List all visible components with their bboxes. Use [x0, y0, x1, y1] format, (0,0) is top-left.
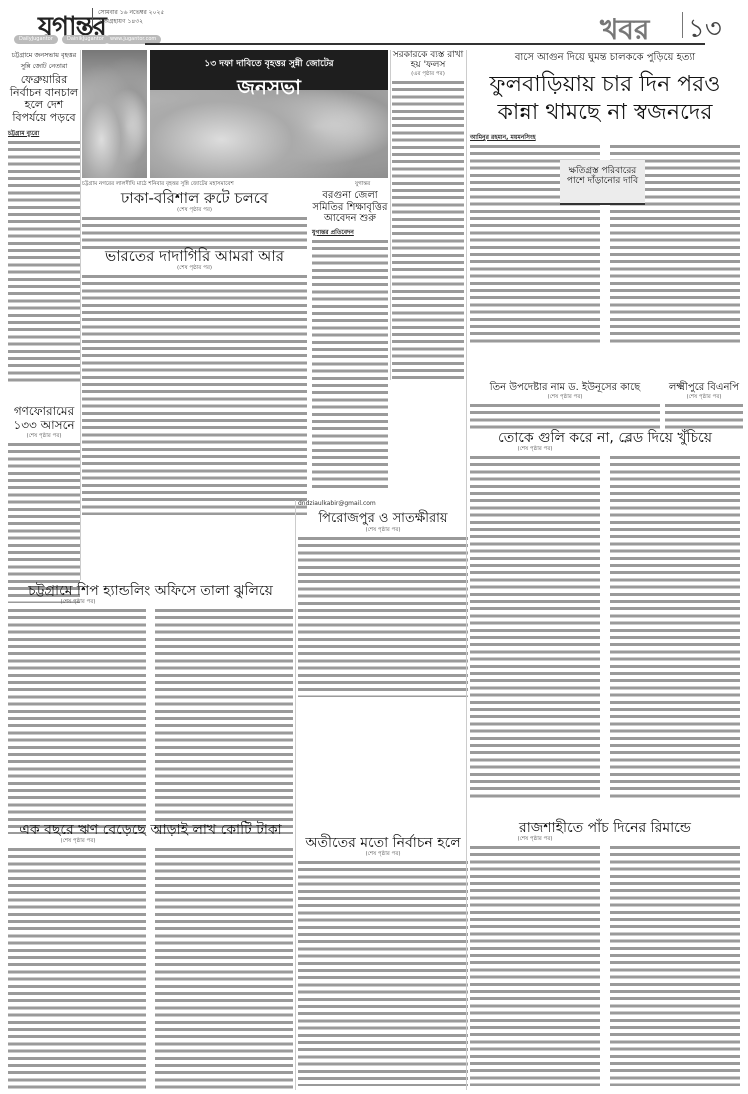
- article-body-col2: [155, 848, 293, 1093]
- article-kicker: বাসে আগুন দিয়ে ঘুমন্ত চালককে পুড়িয়ে হ…: [470, 50, 740, 67]
- article-lakshmipur: লক্ষ্মীপুরে বিএনপি (শেষ পৃষ্ঠার পর): [665, 382, 743, 432]
- continued-note: (শেষ পৃষ্ঠার পর): [470, 394, 660, 402]
- continued-note: (শেষ পৃষ্ঠার পর): [665, 394, 743, 402]
- article-body-col1: [8, 848, 146, 1093]
- date-gregorian: সোমবার ১৬ নভেম্বর ২০২৫: [98, 8, 164, 17]
- continued-note: (শেষ পৃষ্ঠার পর): [82, 265, 307, 273]
- article-body: [8, 141, 80, 386]
- article-dhaka-barishal: ঢাকা-বরিশাল রুটে চলবে (শেষ পৃষ্ঠার পর): [82, 190, 307, 252]
- masthead-divider: [92, 8, 93, 30]
- column-rule: [466, 50, 467, 1090]
- article-pirojpur: পিরোজপুর ও সাতক্ষীরায় (শেষ পৃষ্ঠার পর): [298, 512, 468, 697]
- article-body: [8, 443, 80, 603]
- article-body: [312, 240, 388, 490]
- column-rule: [80, 50, 81, 580]
- article-body: [665, 404, 743, 432]
- pull-quote-box: ক্ষতিগ্রস্ত পরিবারের পাশে দাঁড়ানোর দাবি: [560, 160, 645, 205]
- continued-note: (শেষ পৃষ্ঠার পর): [298, 527, 468, 535]
- continued-note: (শেষ পৃষ্ঠার পর): [298, 851, 468, 859]
- article-body-col2: [155, 609, 293, 834]
- article-past-election: অতীতের মতো নির্বাচন হলে (শেষ পৃষ্ঠার পর): [298, 835, 468, 1086]
- article-headline[interactable]: রাজশাহীতে পাঁচ দিনের রিমান্ডে: [470, 820, 740, 836]
- article-sunni-alliance: চট্টগ্রামে জনসভায় বৃহত্তর সুন্নি জোট নে…: [8, 50, 80, 386]
- article-body-col1: [470, 846, 600, 1086]
- article-body: [298, 861, 468, 1086]
- social-link-twitter[interactable]: DainikJugantor: [62, 35, 109, 44]
- article-loan: এক বছরে ঋণ বেড়েছে আড়াই লাখ কোটি টাকা (…: [8, 822, 293, 1093]
- column-rule: [295, 500, 296, 1090]
- author-email[interactable]: dndziaulkabir@gmail.com: [298, 500, 376, 507]
- rally-photo-main: ১৩ দফা দাবিতে বৃহত্তর সুন্নী জোটের জনসভা: [150, 50, 388, 178]
- article-headline[interactable]: লক্ষ্মীপুরে বিএনপি: [665, 382, 743, 394]
- continued-note: (শেষ পৃষ্ঠার পর): [8, 433, 80, 441]
- article-headline[interactable]: গণফোরামের ১৩৩ আসনে: [8, 405, 80, 433]
- article-headline[interactable]: ফেব্রুয়ারির নির্বাচন বানচাল হলে দেশ বিপ…: [8, 74, 80, 125]
- column-rule: [390, 50, 391, 380]
- photo-banner: ১৩ দফা দাবিতে বৃহত্তর সুন্নী জোটের জনসভা: [150, 50, 388, 90]
- page-number: ১৩: [688, 8, 722, 52]
- article-body-col2: [610, 846, 740, 1086]
- article-body: [392, 81, 464, 381]
- article-byline: যুগান্তর প্রতিবেদন: [312, 227, 388, 238]
- article-headline[interactable]: বরগুনা জেলা সমিতির শিক্ষাবৃত্তির আবেদন শ…: [312, 190, 388, 225]
- article-byline: চট্টগ্রাম ব্যুরো: [8, 128, 80, 139]
- article-false-flag: সরকারকে ব্যস্ত রাখা হয় 'ফলস (এর পৃষ্ঠার…: [392, 50, 464, 381]
- photo-caption: চট্টগ্রাম নগরের লালদীঘি মাঠে শনিবার বৃহত…: [82, 181, 332, 189]
- photo-credit: যুগান্তর: [355, 181, 370, 189]
- continued-note: (শেষ পৃষ্ঠার পর): [470, 446, 600, 454]
- article-blade: তোকে গুলি করে না, ব্লেড দিয়ে খুঁচিয়ে (…: [470, 430, 740, 801]
- article-body: [298, 537, 468, 697]
- date-bengali: ২ অগ্রহায়ণ ১৪৩২: [98, 17, 164, 26]
- continued-note: (শেষ পৃষ্ঠার পর): [8, 599, 148, 607]
- article-body-col2: [610, 456, 740, 801]
- article-kicker: চট্টগ্রামে জনসভায় বৃহত্তর সুন্নি জোট নে…: [8, 50, 80, 72]
- article-headline[interactable]: তোকে গুলি করে না, ব্লেড দিয়ে খুঁচিয়ে: [470, 430, 740, 446]
- article-headline[interactable]: সরকারকে ব্যস্ত রাখা হয় 'ফলস: [392, 50, 464, 71]
- article-headline[interactable]: ভারতের দাদাগিরি আমরা আর: [82, 248, 307, 265]
- article-headline[interactable]: ঢাকা-বরিশাল রুটে চলবে: [82, 190, 307, 207]
- article-headline[interactable]: ফুলবাড়িয়ায় চার দিন পরও কান্না থামছে ন…: [470, 71, 740, 126]
- rally-photo-left: [82, 50, 147, 178]
- social-link-facebook[interactable]: DailyJugantor: [14, 35, 58, 44]
- article-rajshahi: রাজশাহীতে পাঁচ দিনের রিমান্ডে (শেষ পৃষ্ঠ…: [470, 820, 740, 1086]
- continued-note: (এর পৃষ্ঠার পর): [392, 71, 464, 79]
- article-body-col1: [470, 456, 600, 801]
- article-three-advisers: তিন উপদেষ্টার নাম ড. ইউনূসের কাছে (শেষ প…: [470, 382, 660, 432]
- continued-note: (শেষ পৃষ্ঠার পর): [82, 207, 307, 215]
- continued-note: (শেষ পৃষ্ঠার পর): [8, 838, 148, 846]
- article-ship-handling: চট্টগ্রামে শিপ হ্যান্ডলিং অফিসে তালা ঝুল…: [8, 583, 293, 834]
- continued-note: (শেষ পৃষ্ঠার পর): [470, 836, 600, 844]
- article-headline[interactable]: চট্টগ্রামে শিপ হ্যান্ডলিং অফিসে তালা ঝুল…: [8, 583, 293, 599]
- article-byline: আমিনুর রহমান, ময়মনসিংহ: [470, 132, 740, 143]
- article-india: ভারতের দাদাগিরি আমরা আর (শেষ পৃষ্ঠার পর): [82, 248, 307, 515]
- article-headline[interactable]: তিন উপদেষ্টার নাম ড. ইউনূসের কাছে: [470, 382, 660, 394]
- article-body: [82, 275, 307, 515]
- article-headline[interactable]: পিরোজপুর ও সাতক্ষীরায়: [298, 512, 468, 527]
- masthead-date: সোমবার ১৬ নভেম্বর ২০২৫ ২ অগ্রহায়ণ ১৪৩২: [98, 8, 164, 26]
- article-barguna: বরগুনা জেলা সমিতির শিক্ষাবৃত্তির আবেদন শ…: [312, 190, 388, 490]
- article-ganaforum: গণফোরামের ১৩৩ আসনে (শেষ পৃষ্ঠার পর): [8, 405, 80, 603]
- article-body-col1: [8, 609, 146, 834]
- article-headline[interactable]: এক বছরে ঋণ বেড়েছে আড়াই লাখ কোটি টাকা: [8, 822, 293, 838]
- section-name: খবর: [600, 8, 649, 55]
- section-divider: [682, 12, 683, 38]
- article-body: [470, 404, 660, 432]
- article-headline[interactable]: অতীতের মতো নির্বাচন হলে: [298, 835, 468, 851]
